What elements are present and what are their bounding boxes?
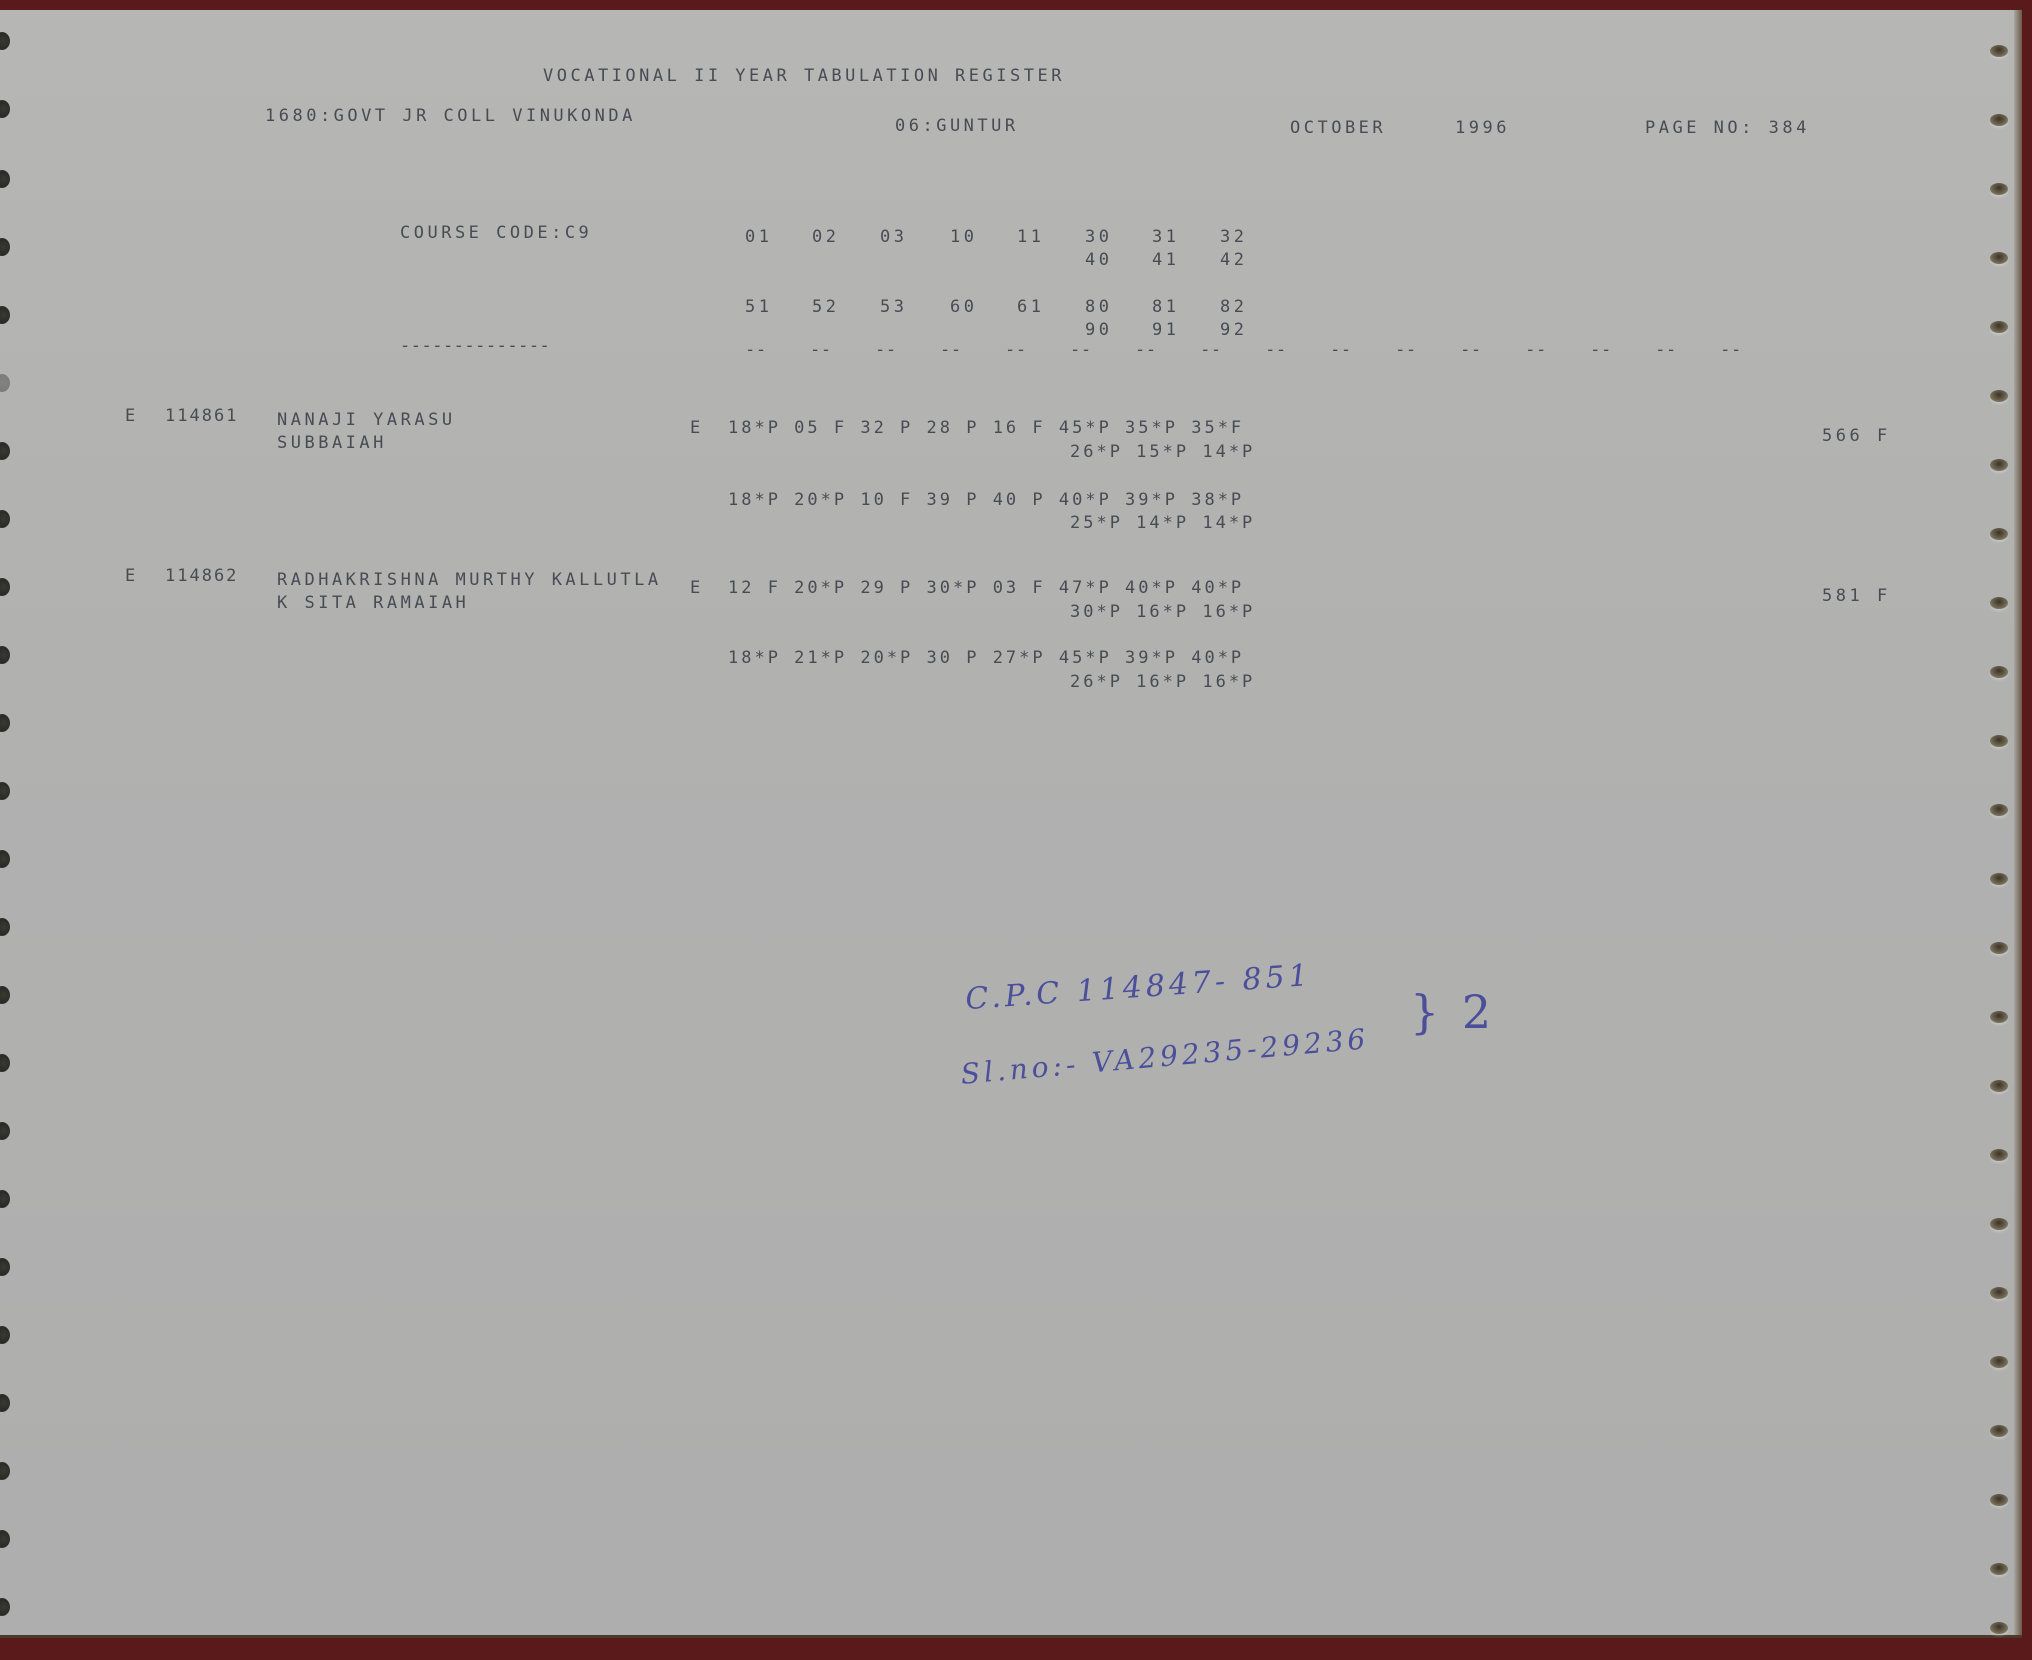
subject-code: 53 [880,297,907,317]
tractor-hole-icon [1990,390,2008,402]
tractor-hole-icon [0,986,10,1004]
subject-code: 82 [1220,297,1247,317]
tractor-hole-icon [1990,1356,2008,1368]
tractor-hole-icon [0,1530,10,1548]
subject-code: 10 [950,227,977,247]
tractor-hole-icon [1990,666,2008,678]
tractor-hole-icon [0,374,10,392]
subject-code: 60 [950,297,977,317]
marks-year-1: 18*P 05 F 32 P 28 P 16 F 45*P 35*P 35*F [728,418,1244,438]
tractor-hole-icon [1990,252,2008,264]
tractor-hole-icon [0,306,10,324]
tractor-hole-icon [1990,804,2008,816]
total-result: 566 F [1822,426,1891,446]
serial-number-range: Sl.no:- VA29235-29236 [959,1022,1370,1091]
marks-year-2-sub: 25*P 14*P 14*P [1070,513,1255,533]
tractor-hole-icon [0,918,10,936]
tractor-hole-icon [1990,114,2008,126]
tractor-hole-icon [0,442,10,460]
tabulation-register-sheet: VOCATIONAL II YEAR TABULATION REGISTER 1… [0,10,2022,1638]
subject-code: 52 [812,297,839,317]
page-number: PAGE NO: 384 [1645,118,1810,138]
student-name: RADHAKRISHNA MURTHY KALLUTLA [277,570,662,590]
tractor-hole-icon [0,850,10,868]
tractor-hole-icon [1990,459,2008,471]
tractor-hole-icon [1990,1080,2008,1092]
subject-code: 40 [1085,250,1112,270]
tractor-hole-icon [1990,873,2008,885]
medium: E [690,418,704,438]
marks-year-2-sub: 26*P 16*P 16*P [1070,672,1255,692]
marks-year-2: 18*P 20*P 10 F 39 P 40 P 40*P 39*P 38*P [728,490,1244,510]
subject-code: 80 [1085,297,1112,317]
tractor-hole-icon [1990,597,2008,609]
marks-year-1-sub: 30*P 16*P 16*P [1070,602,1255,622]
column-separator: -- -- -- -- -- -- -- -- -- -- -- -- -- -… [745,340,1742,360]
marks-year-1: 12 F 20*P 29 P 30*P 03 F 47*P 40*P 40*P [728,578,1244,598]
subject-code: 01 [745,227,772,247]
total-result: 581 F [1822,586,1891,606]
tractor-hole-icon [1990,1425,2008,1437]
tractor-hole-icon [0,1258,10,1276]
subject-code: 30 [1085,227,1112,247]
tractor-hole-icon [1990,1563,2008,1575]
subject-code: 02 [812,227,839,247]
exam-month: OCTOBER [1290,118,1386,138]
tractor-hole-icon [1990,1287,2008,1299]
tractor-hole-icon [0,714,10,732]
tractor-hole-icon [0,1394,10,1412]
tractor-hole-icon [0,646,10,664]
tractor-hole-icon [0,1462,10,1480]
hall-ticket-number: 114861 [165,406,238,426]
parent-name: K SITA RAMAIAH [277,593,469,613]
tractor-hole-icon [0,238,10,256]
tractor-hole-icon [0,1054,10,1072]
subject-code: 11 [1017,227,1044,247]
district-name: 06:GUNTUR [895,116,1019,136]
subject-code: 41 [1152,250,1179,270]
subject-code: 32 [1220,227,1247,247]
tractor-hole-icon [1990,321,2008,333]
subject-code: 92 [1220,320,1247,340]
parent-name: SUBBAIAH [277,433,387,453]
tractor-hole-icon [1990,1494,2008,1506]
tractor-hole-icon [0,100,10,118]
subject-code: 81 [1152,297,1179,317]
subject-code: 90 [1085,320,1112,340]
tractor-hole-icon [0,578,10,596]
tractor-hole-icon [0,170,10,188]
tractor-hole-icon [0,1598,10,1616]
subject-code: 42 [1220,250,1247,270]
tractor-hole-icon [1990,183,2008,195]
subject-code: 31 [1152,227,1179,247]
tractor-hole-icon [0,1190,10,1208]
cpc-range: C.P.C 114847- 851 [964,958,1313,1017]
tractor-hole-icon [1990,528,2008,540]
student-name: NANAJI YARASU [277,410,456,430]
student-category: E [125,406,139,426]
tractor-hole-icon [1990,45,2008,57]
hall-ticket-number: 114862 [165,566,238,586]
medium: E [690,578,704,598]
course-code: COURSE CODE:C9 [400,223,592,243]
tractor-hole-icon [1990,735,2008,747]
subject-code: 03 [880,227,907,247]
tractor-hole-icon [0,510,10,528]
tractor-hole-icon [0,1326,10,1344]
tractor-hole-icon [1990,1218,2008,1230]
subject-code: 61 [1017,297,1044,317]
tractor-hole-icon [1990,1011,2008,1023]
count-brace: } 2 [1410,985,1495,1039]
tractor-hole-icon [0,1122,10,1140]
tractor-hole-icon [1990,942,2008,954]
exam-year: 1996 [1455,118,1510,138]
subject-code: 91 [1152,320,1179,340]
register-title: VOCATIONAL II YEAR TABULATION REGISTER [543,66,1065,86]
marks-year-1-sub: 26*P 15*P 14*P [1070,442,1255,462]
tractor-hole-icon [1990,1149,2008,1161]
course-underline: -------------- [400,336,550,356]
college-name: 1680:GOVT JR COLL VINUKONDA [265,106,636,126]
student-category: E [125,566,139,586]
tractor-hole-icon [1990,1622,2008,1634]
subject-code: 51 [745,297,772,317]
marks-year-2: 18*P 21*P 20*P 30 P 27*P 45*P 39*P 40*P [728,648,1244,668]
tractor-hole-icon [0,32,10,50]
tractor-hole-icon [0,782,10,800]
